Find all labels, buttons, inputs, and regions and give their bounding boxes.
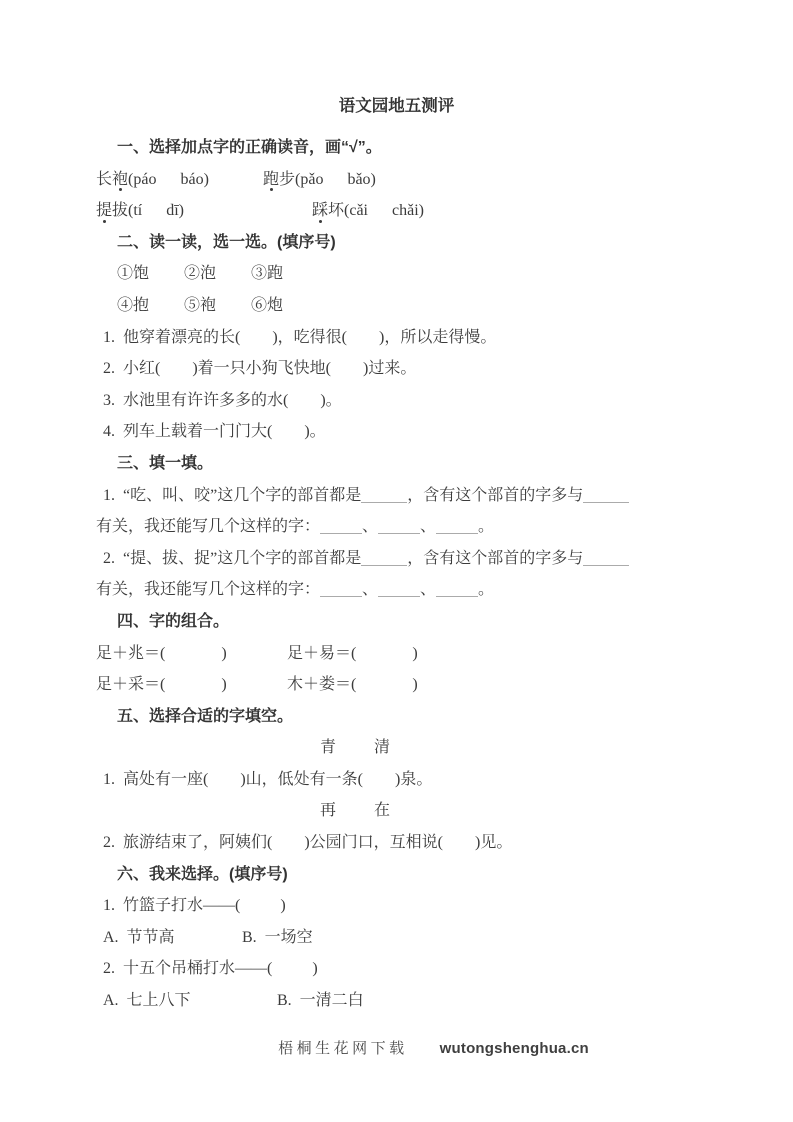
section-6-question-2: 2. 十五个吊桶打水——( ) — [96, 953, 697, 985]
section-6-heading: 六、我来选择。(填序号) — [96, 859, 697, 891]
option-1: ①饱 — [117, 258, 184, 290]
choice-options-row-2: ④抱⑤袍⑥炮 — [96, 290, 697, 322]
separator: 、 — [362, 518, 378, 535]
word-choice-pair-1: 青清 — [96, 732, 697, 764]
section-2-item-3: 3. 水池里有许许多多的水( )。 — [96, 385, 697, 417]
blank-line — [583, 502, 629, 503]
choice-word: 青 — [320, 732, 336, 764]
separator: 、 — [420, 518, 436, 535]
option-6: ⑥炮 — [251, 290, 283, 322]
blank-line — [436, 596, 478, 597]
pinyin-post-text: 拔(tí dī) — [112, 202, 184, 219]
page-footer: 梧桐生花网下载wutongshenghua.cn — [37, 1037, 793, 1058]
combine-row-2: 足＋采＝( )木＋娄＝( ) — [96, 669, 697, 701]
section-2-heading: 二、读一读，选一选。(填序号) — [96, 227, 697, 259]
fill-text: 1. “吃、叫、咬”这几个字的部首都是 — [103, 487, 361, 504]
fill-text: 2. “提、拔、捉”这几个字的部首都是 — [103, 550, 361, 567]
period: 。 — [478, 581, 494, 598]
pinyin-pre-text: 长 — [96, 171, 112, 188]
section-6-question-1: 1. 竹篮子打水——( ) — [96, 890, 697, 922]
separator: 、 — [420, 581, 436, 598]
pinyin-row-1: 长袍(páo báo)跑步(pǎo bǎo) — [96, 164, 697, 196]
word-choice-pair-2: 再在 — [96, 795, 697, 827]
dotted-char: 袍 — [112, 171, 128, 189]
separator: 、 — [362, 581, 378, 598]
footer-site-name: 梧桐生花网下载 — [278, 1041, 408, 1057]
dotted-char: 跑 — [263, 171, 279, 189]
period: 。 — [478, 518, 494, 535]
combine-item: 木＋娄＝( ) — [287, 669, 418, 701]
fill-text: 有关，我还能写几个这样的字： — [96, 581, 320, 598]
pinyin-item-paobu: 跑步(pǎo bǎo) — [263, 164, 376, 196]
document-body: 语文园地五测评 一、选择加点字的正确读音，画“√”。 长袍(páo báo)跑步… — [96, 90, 697, 1017]
section-3-heading: 三、填一填。 — [96, 448, 697, 480]
option-a: A. 七上八下 — [103, 985, 277, 1017]
section-5-item-2: 2. 旅游结束了，阿姨们( )公园门口，互相说( )见。 — [96, 827, 697, 859]
section-2-item-4: 4. 列车上载着一门门大( )。 — [96, 416, 697, 448]
combine-item: 足＋兆＝( ) — [96, 638, 287, 670]
section-3-item-1-line-2: 有关，我还能写几个这样的字：、、。 — [96, 511, 697, 543]
dotted-char: 提 — [96, 202, 112, 220]
pinyin-row-2: 提拔(tí dī)踩坏(cǎi chǎi) — [96, 195, 697, 227]
pinyin-post-text: 坏(cǎi chǎi) — [328, 202, 424, 219]
section-2-item-1: 1. 他穿着漂亮的长( )，吃得很( )，所以走得慢。 — [96, 322, 697, 354]
option-3: ③跑 — [251, 258, 283, 290]
option-5: ⑤袍 — [184, 290, 251, 322]
pinyin-post-text: 步(pǎo bǎo) — [279, 171, 376, 188]
section-3-item-2-line-1: 2. “提、拔、捉”这几个字的部首都是，含有这个部首的字多与 — [96, 543, 697, 575]
section-5-item-1: 1. 高处有一座( )山，低处有一条( )泉。 — [96, 764, 697, 796]
fill-text: ，含有这个部首的字多与 — [407, 487, 583, 504]
worksheet-page: 语文园地五测评 一、选择加点字的正确读音，画“√”。 长袍(páo báo)跑步… — [0, 0, 793, 1122]
blank-line — [361, 565, 407, 566]
section-3-item-2-line-2: 有关，我还能写几个这样的字：、、。 — [96, 574, 697, 606]
section-5-heading: 五、选择合适的字填空。 — [96, 701, 697, 733]
question-2-options: A. 七上八下B. 一清二白 — [96, 985, 697, 1017]
choice-word: 清 — [374, 732, 390, 764]
combine-item: 足＋易＝( ) — [287, 638, 418, 670]
section-1-heading: 一、选择加点字的正确读音，画“√”。 — [96, 132, 697, 164]
pinyin-item-caihuai: 踩坏(cǎi chǎi) — [312, 195, 424, 227]
question-1-options: A. 节节高B. 一场空 — [96, 922, 697, 954]
option-b: B. 一场空 — [242, 922, 313, 954]
section-3-item-1-line-1: 1. “吃、叫、咬”这几个字的部首都是，含有这个部首的字多与 — [96, 480, 697, 512]
pinyin-item-tiba: 提拔(tí dī) — [96, 195, 312, 227]
choice-word: 再 — [320, 795, 336, 827]
choice-word: 在 — [374, 795, 390, 827]
section-4-heading: 四、字的组合。 — [96, 606, 697, 638]
fill-text: 有关，我还能写几个这样的字： — [96, 518, 320, 535]
blank-line — [320, 533, 362, 534]
blank-line — [583, 565, 629, 566]
blank-line — [361, 502, 407, 503]
option-a: A. 节节高 — [103, 922, 242, 954]
pinyin-post-text: (páo báo) — [128, 171, 209, 188]
pinyin-item-changpao: 长袍(páo báo) — [96, 164, 263, 196]
section-2-item-2: 2. 小红( )着一只小狗飞快地( )过来。 — [96, 353, 697, 385]
footer-site-url: wutongshenghua.cn — [440, 1040, 589, 1057]
combine-row-1: 足＋兆＝( )足＋易＝( ) — [96, 638, 697, 670]
option-2: ②泡 — [184, 258, 251, 290]
page-title: 语文园地五测评 — [96, 90, 697, 132]
fill-text: ，含有这个部首的字多与 — [407, 550, 583, 567]
dotted-char: 踩 — [312, 202, 328, 220]
blank-line — [436, 533, 478, 534]
option-4: ④抱 — [117, 290, 184, 322]
combine-item: 足＋采＝( ) — [96, 669, 287, 701]
blank-line — [320, 596, 362, 597]
option-b: B. 一清二白 — [277, 985, 364, 1017]
choice-options-row-1: ①饱②泡③跑 — [96, 258, 697, 290]
blank-line — [378, 596, 420, 597]
blank-line — [378, 533, 420, 534]
